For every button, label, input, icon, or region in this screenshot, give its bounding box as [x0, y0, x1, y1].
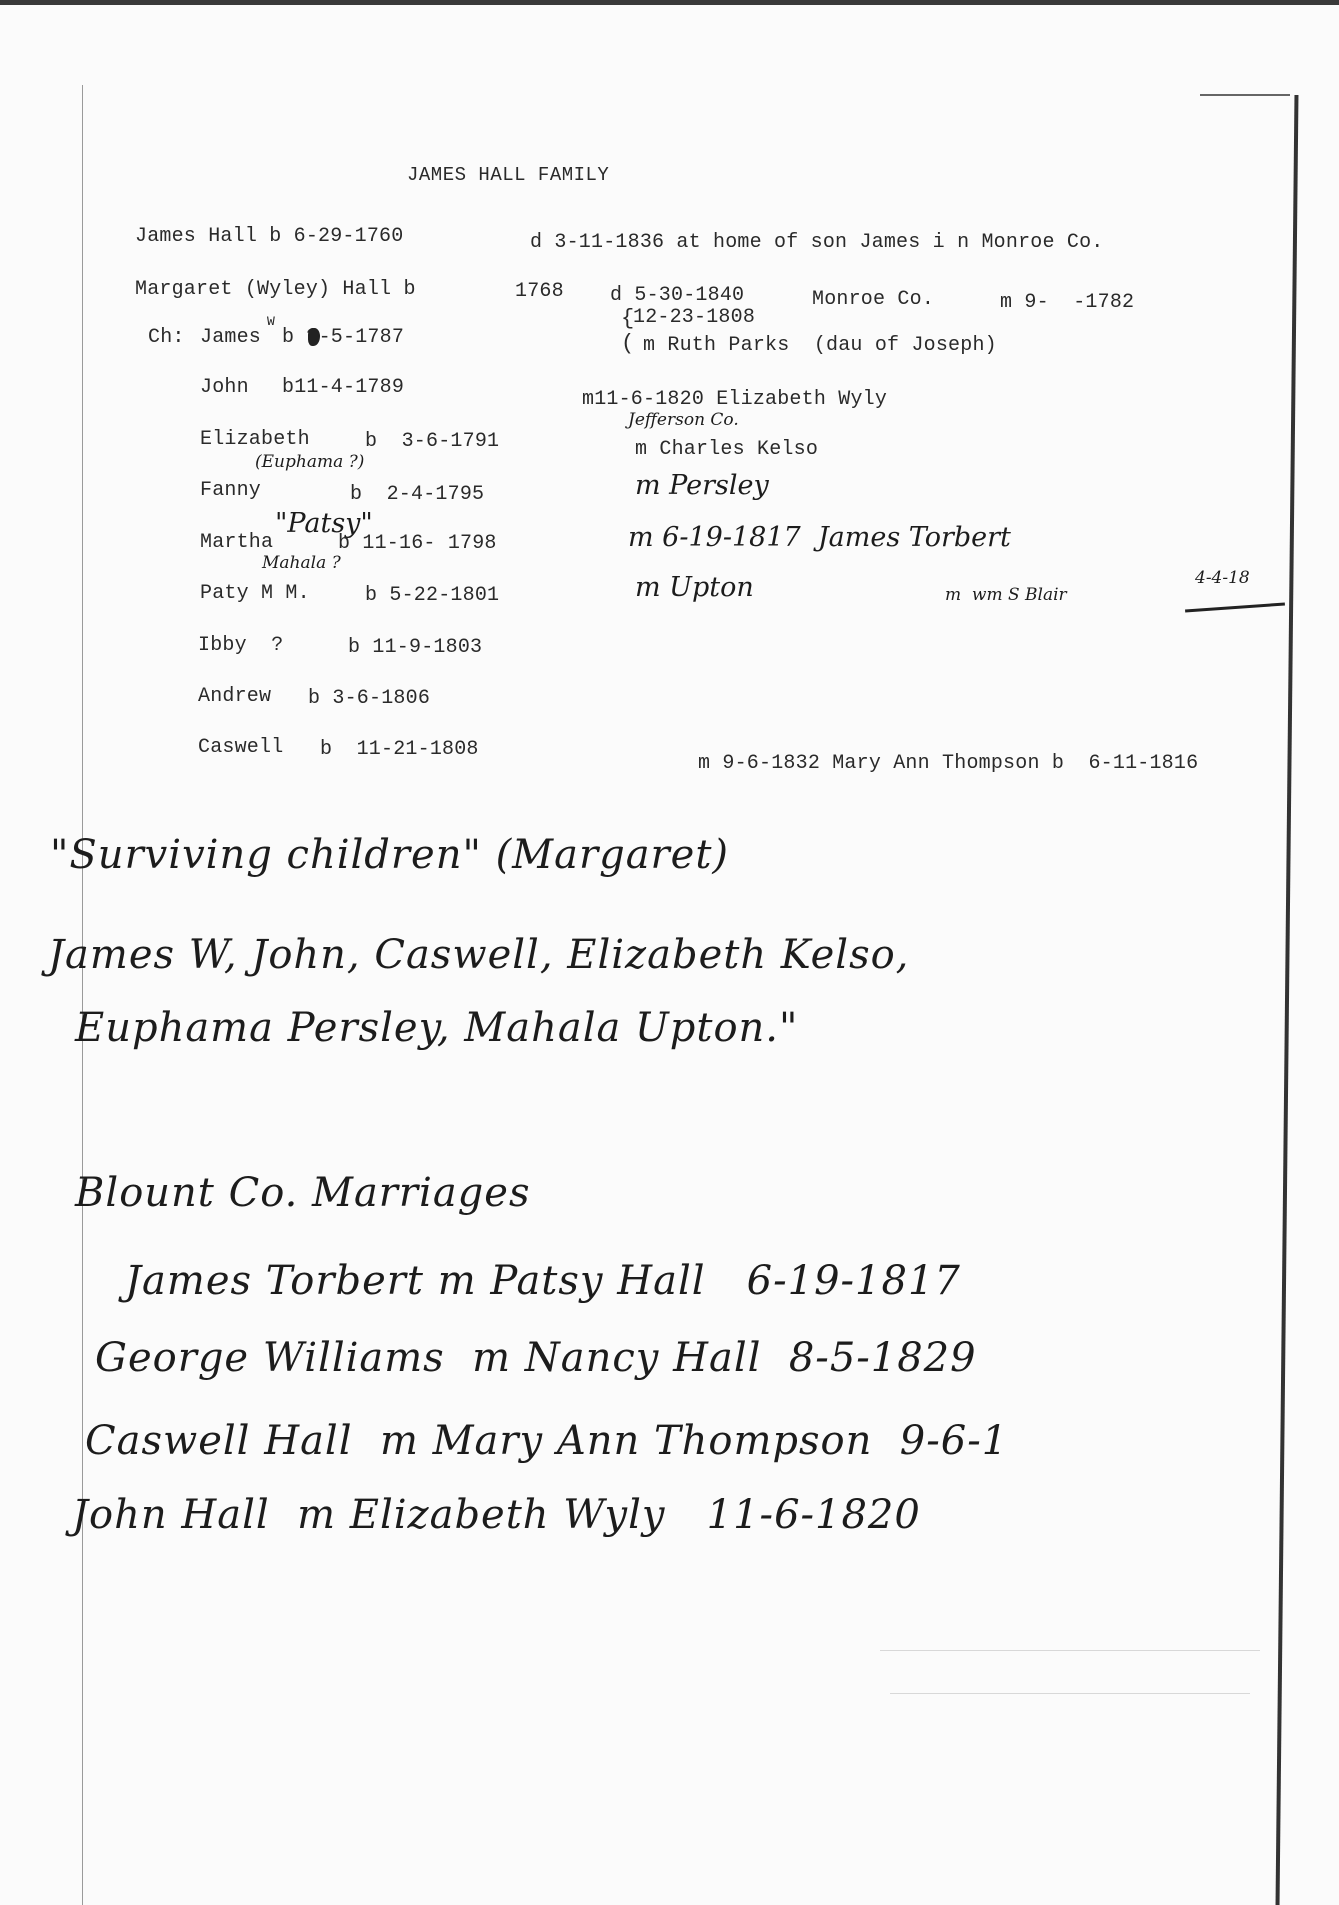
- child-name: Ibby ?: [198, 634, 283, 657]
- handwritten-marriage: m Persley: [635, 470, 769, 501]
- surviving-children-list: James W, John, Caswell, Elizabeth Kelso,: [48, 932, 909, 978]
- handwritten-date: 4-4-18: [1195, 568, 1250, 588]
- child-marriage: m 9-6-1832 Mary Ann Thompson b 6-11-1816: [698, 752, 1198, 775]
- faint-scan-line: [890, 1693, 1250, 1694]
- child-name: Paty M M.: [200, 582, 310, 605]
- child-birth: b 2-4-1795: [350, 483, 484, 506]
- marriage-record: John Hall m Elizabeth Wyly 11-6-1820: [72, 1492, 921, 1538]
- child-name: John: [200, 376, 249, 399]
- blount-marriages-heading: Blount Co. Marriages: [75, 1170, 531, 1216]
- handwritten-note: Jefferson Co.: [628, 410, 739, 430]
- child-name: James: [200, 326, 261, 349]
- mother-birth-year: 1768: [515, 280, 564, 303]
- child-name: Martha: [200, 531, 273, 554]
- page-title: JAMES HALL FAMILY: [407, 164, 609, 186]
- mother-death: d 5-30-1840: [610, 284, 744, 307]
- child-marriage: m11-6-1820 Elizabeth Wyly: [582, 388, 887, 411]
- father-name-birth: James Hall b 6-29-1760: [135, 225, 403, 248]
- handwritten-note: (Euphama ?): [255, 452, 364, 472]
- marriage-record: Caswell Hall m Mary Ann Thompson 9-6-1: [85, 1418, 1008, 1464]
- right-page-edge: [1276, 95, 1299, 1905]
- children-label: Ch:: [148, 326, 185, 349]
- handwritten-note: Mahala ?: [262, 553, 341, 573]
- child-birth: b 3-6-1806: [308, 687, 430, 710]
- child-birth: b 3-6-1791: [365, 430, 499, 453]
- child-name: Fanny: [200, 479, 261, 502]
- child-marriage: m Charles Kelso: [635, 438, 818, 461]
- child-birth: b 11-16- 1798: [338, 532, 497, 555]
- surviving-children-list: Euphama Persley, Mahala Upton.": [75, 1005, 798, 1051]
- scan-top-edge: [0, 0, 1339, 5]
- handwritten-marriage: m Upton: [635, 572, 754, 603]
- handwritten-marriage: m wm S Blair: [945, 585, 1067, 605]
- child-annotation: W: [267, 314, 275, 329]
- child-birth: b11-4-1789: [282, 376, 404, 399]
- child-birth: b 11-21-1808: [320, 738, 479, 761]
- mother-place: Monroe Co.: [812, 288, 934, 311]
- faint-scan-line: [880, 1650, 1260, 1651]
- child-name: Elizabeth: [200, 428, 310, 451]
- corner-mark: [1200, 94, 1290, 96]
- marriage-record: George Williams m Nancy Hall 8-5-1829: [95, 1335, 977, 1381]
- child-marriage-date: 12-23-1808: [633, 306, 755, 329]
- surviving-children-heading: "Surviving children" (Margaret): [50, 832, 729, 878]
- parents-marriage: m 9- -1782: [1000, 291, 1134, 314]
- strikethrough-mark: [1185, 603, 1285, 613]
- handwritten-marriage: m 6-19-1817 James Torbert: [628, 522, 1011, 553]
- marriage-record: James Torbert m Patsy Hall 6-19-1817: [125, 1258, 961, 1304]
- brace-mark: (: [621, 331, 634, 356]
- child-birth: b ?-5-1787: [282, 326, 404, 349]
- left-margin-line: [82, 85, 83, 1905]
- child-name: Andrew: [198, 685, 271, 708]
- child-birth: b 5-22-1801: [365, 584, 499, 607]
- child-marriage: m Ruth Parks (dau of Joseph): [643, 334, 997, 357]
- child-birth: b 11-9-1803: [348, 636, 482, 659]
- father-death: d 3-11-1836 at home of son James i n Mon…: [530, 231, 1104, 254]
- child-name: Caswell: [198, 736, 283, 759]
- mother-name-birth: Margaret (Wyley) Hall b: [135, 278, 416, 301]
